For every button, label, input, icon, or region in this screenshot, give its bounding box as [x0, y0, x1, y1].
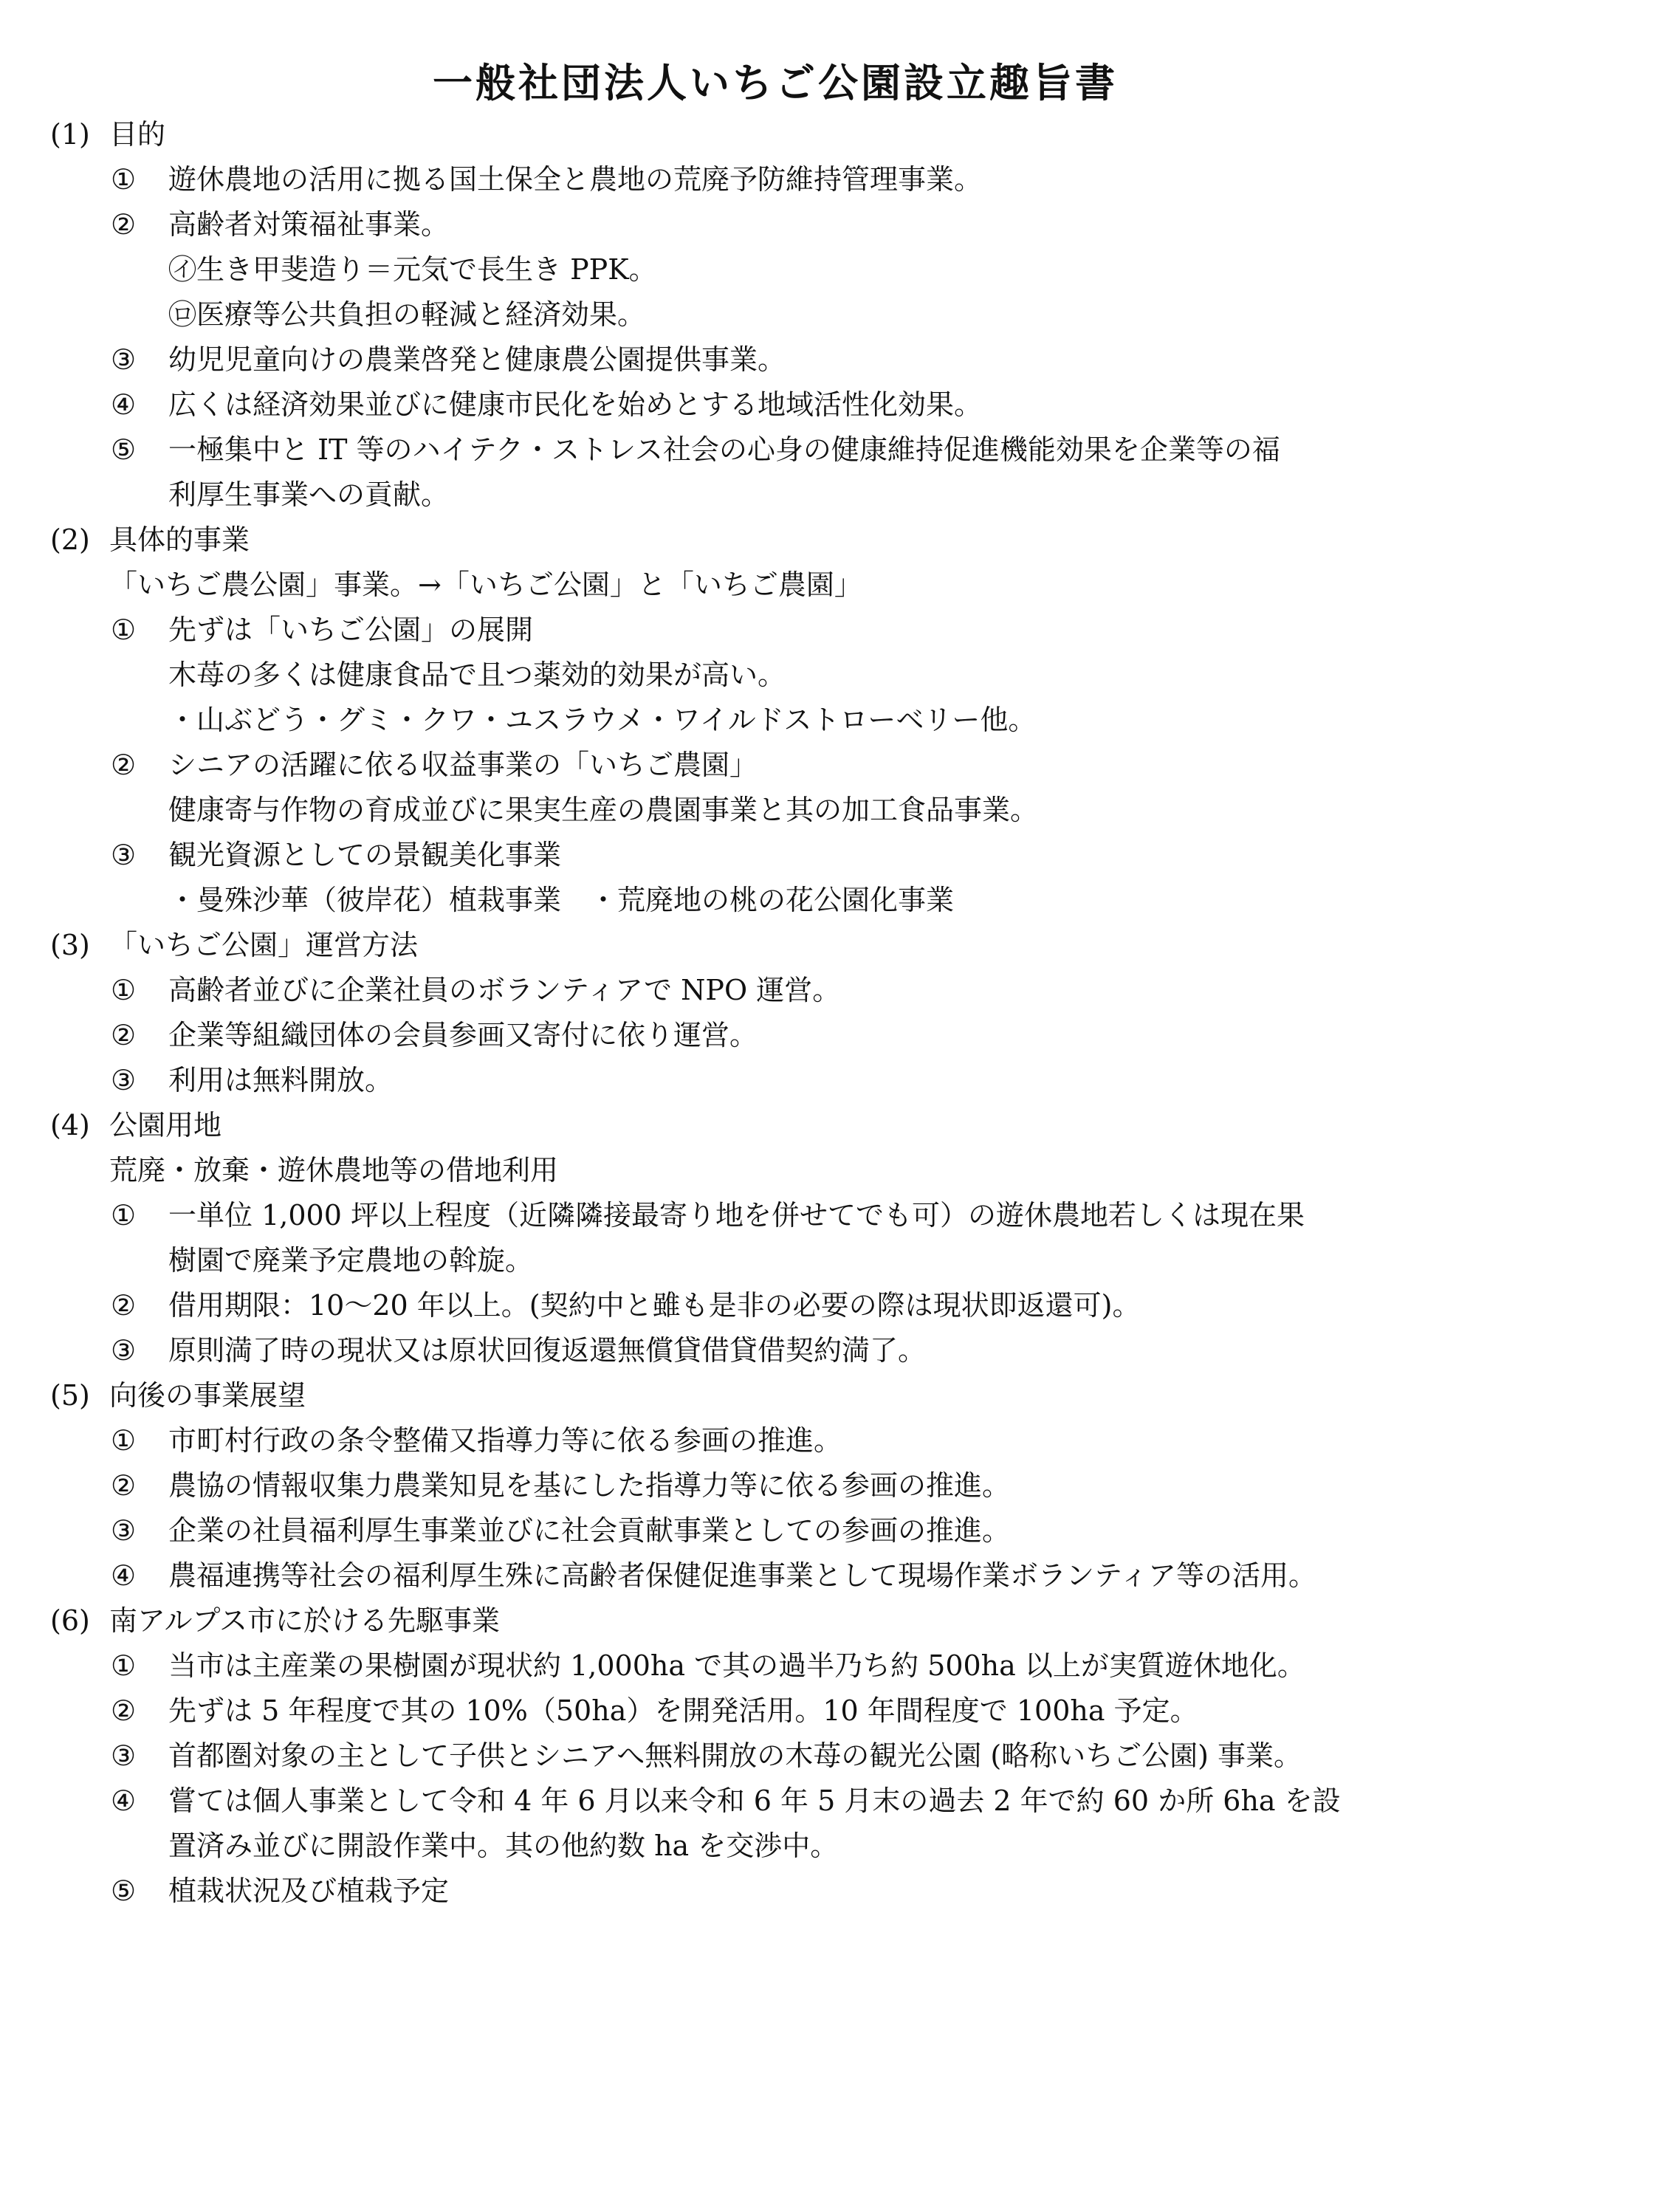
item-number: ③: [111, 1058, 136, 1103]
item-text: 当市は主産業の果樹園が現状約 1,000ha で其の過半乃ち約 500ha 以上…: [168, 1643, 1305, 1689]
item-text: 嘗ては個人事業として令和 4 年 6 月以来令和 6 年 5 月末の過去 2 年…: [168, 1779, 1341, 1824]
section-heading: (1) 目的: [0, 112, 1662, 157]
item-text: 市町村行政の条令整備又指導力等に依る参画の推進。: [168, 1418, 842, 1463]
section-heading: (5) 向後の事業展望: [0, 1373, 1662, 1418]
item-text: 借用期限：10〜20 年以上。(契約中と雖も是非の必要の際は現状即返還可)。: [168, 1283, 1140, 1328]
bullet-line: ・曼殊沙華（彼岸花）植栽事業 ・荒廃地の桃の花公園化事業: [0, 878, 1662, 923]
item-text: 一極集中と IT 等のハイテク・ストレス社会の心身の健康維持促進機能効果を企業等…: [168, 427, 1280, 473]
item-text: 首都圏対象の主として子供とシニアへ無料開放の木苺の観光公園 (略称いちご公園) …: [168, 1734, 1302, 1779]
list-item: ⑤一極集中と IT 等のハイテク・ストレス社会の心身の健康維持促進機能効果を企業…: [0, 427, 1662, 473]
item-number: ①: [111, 968, 136, 1013]
item-number: ①: [111, 1193, 136, 1238]
list-item: ⑤植栽状況及び植栽予定: [0, 1869, 1662, 1914]
item-number: ②: [111, 1689, 136, 1734]
section-number: (6): [50, 1598, 90, 1643]
section-title: 公園用地: [109, 1103, 222, 1148]
item-text: 農協の情報収集力農業知見を基にした指導力等に依る参画の推進。: [168, 1463, 1010, 1508]
item-number: ②: [111, 1013, 136, 1058]
continuation-line: 利厚生事業への貢献。: [0, 473, 1662, 518]
section-number: (4): [50, 1103, 90, 1148]
list-item: ①市町村行政の条令整備又指導力等に依る参画の推進。: [0, 1418, 1662, 1463]
list-item: ①一単位 1,000 坪以上程度（近隣隣接最寄り地を併せてでも可）の遊休農地若し…: [0, 1193, 1662, 1238]
section-intro: 「いちご農公園」事業。→「いちご公園」と「いちご農園」: [0, 563, 1662, 608]
list-item: ③企業の社員福利厚生事業並びに社会貢献事業としての参画の推進。: [0, 1508, 1662, 1553]
list-item: ②シニアの活躍に依る収益事業の「いちご農園」: [0, 743, 1662, 788]
bullet-line: ・山ぶどう・グミ・クワ・ユスラウメ・ワイルドストローベリー他。: [0, 698, 1662, 743]
item-text: 観光資源としての景観美化事業: [168, 833, 561, 878]
item-number: ③: [111, 1508, 136, 1553]
list-item: ②借用期限：10〜20 年以上。(契約中と雖も是非の必要の際は現状即返還可)。: [0, 1283, 1662, 1328]
intro-text: 荒廃・放棄・遊休農地等の借地利用: [109, 1148, 558, 1193]
continuation-line: 木苺の多くは健康食品で且つ薬効的効果が高い。: [0, 653, 1662, 698]
list-item: ③幼児児童向けの農業啓発と健康農公園提供事業。: [0, 337, 1662, 382]
section-number: (2): [50, 518, 90, 563]
list-item: ②企業等組織団体の会員参画又寄付に依り運営。: [0, 1013, 1662, 1058]
item-number: ①: [111, 1643, 136, 1689]
item-number: ②: [111, 202, 136, 247]
item-text: 先ずは「いちご公園」の展開: [168, 608, 533, 653]
section-title: 「いちご公園」運営方法: [109, 923, 418, 968]
item-number: ③: [111, 337, 136, 382]
item-number: ⑤: [111, 427, 136, 473]
continuation-text: 木苺の多くは健康食品で且つ薬効的効果が高い。: [168, 653, 786, 698]
continuation-text: 利厚生事業への貢献。: [168, 473, 449, 518]
item-text: 高齢者並びに企業社員のボランティアで NPO 運営。: [168, 968, 840, 1013]
list-item: ①先ずは「いちご公園」の展開: [0, 608, 1662, 653]
item-text: 利用は無料開放。: [168, 1058, 393, 1103]
list-item: ③原則満了時の現状又は原状回復返還無償貸借貸借契約満了。: [0, 1328, 1662, 1373]
list-item: ③観光資源としての景観美化事業: [0, 833, 1662, 878]
list-item: ①遊休農地の活用に拠る国土保全と農地の荒廃予防維持管理事業。: [0, 157, 1662, 202]
sub-item-text: ㋺医療等公共負担の軽減と経済効果。: [168, 292, 645, 337]
item-number: ②: [111, 1463, 136, 1508]
continuation-text: 樹園で廃業予定農地の斡旋。: [168, 1238, 533, 1283]
list-item: ①当市は主産業の果樹園が現状約 1,000ha で其の過半乃ち約 500ha 以…: [0, 1643, 1662, 1689]
item-number: ③: [111, 1734, 136, 1779]
item-number: ④: [111, 1553, 136, 1598]
section-heading: (4) 公園用地: [0, 1103, 1662, 1148]
document-body: (1) 目的 ①遊休農地の活用に拠る国土保全と農地の荒廃予防維持管理事業。 ②高…: [0, 112, 1662, 1914]
list-item: ④広くは経済効果並びに健康市民化を始めとする地域活性化効果。: [0, 382, 1662, 427]
item-number: ④: [111, 382, 136, 427]
list-item: ②先ずは 5 年程度で其の 10%（50ha）を開発活用。10 年間程度で 10…: [0, 1689, 1662, 1734]
item-number: ①: [111, 157, 136, 202]
item-number: ③: [111, 1328, 136, 1373]
continuation-text: 置済み並びに開設作業中。其の他約数 ha を交渉中。: [168, 1824, 838, 1869]
document-title: 一般社団法人いちご公園設立趣旨書: [0, 52, 1551, 109]
list-item: ②農協の情報収集力農業知見を基にした指導力等に依る参画の推進。: [0, 1463, 1662, 1508]
section-heading: (6) 南アルプス市に於ける先駆事業: [0, 1598, 1662, 1643]
list-item: ④農福連携等社会の福利厚生殊に高齢者保健促進事業として現場作業ボランティア等の活…: [0, 1553, 1662, 1598]
intro-text: 「いちご農公園」事業。→「いちご公園」と「いちご農園」: [109, 563, 862, 608]
section-number: (1): [50, 112, 90, 157]
item-text: 企業等組織団体の会員参画又寄付に依り運営。: [168, 1013, 758, 1058]
item-number: ④: [111, 1779, 136, 1824]
bullet-text: ・曼殊沙華（彼岸花）植栽事業 ・荒廃地の桃の花公園化事業: [168, 878, 954, 923]
item-text: シニアの活躍に依る収益事業の「いちご農園」: [168, 743, 758, 788]
section-title: 目的: [109, 112, 165, 157]
sub-item-text: ㋑生き甲斐造り＝元気で長生き PPK。: [168, 247, 657, 292]
section-heading: (3) 「いちご公園」運営方法: [0, 923, 1662, 968]
section-number: (3): [50, 923, 90, 968]
item-text: 原則満了時の現状又は原状回復返還無償貸借貸借契約満了。: [168, 1328, 926, 1373]
item-text: 植栽状況及び植栽予定: [168, 1869, 449, 1914]
list-item: ①高齢者並びに企業社員のボランティアで NPO 運営。: [0, 968, 1662, 1013]
section-intro: 荒廃・放棄・遊休農地等の借地利用: [0, 1148, 1662, 1193]
continuation-line: 樹園で廃業予定農地の斡旋。: [0, 1238, 1662, 1283]
item-text: 農福連携等社会の福利厚生殊に高齢者保健促進事業として現場作業ボランティア等の活用…: [168, 1553, 1316, 1598]
item-text: 一単位 1,000 坪以上程度（近隣隣接最寄り地を併せてでも可）の遊休農地若しく…: [168, 1193, 1305, 1238]
list-item: ③利用は無料開放。: [0, 1058, 1662, 1103]
item-number: ②: [111, 743, 136, 788]
section-number: (5): [50, 1373, 90, 1418]
item-text: 広くは経済効果並びに健康市民化を始めとする地域活性化効果。: [168, 382, 982, 427]
item-number: ③: [111, 833, 136, 878]
item-text: 幼児児童向けの農業啓発と健康農公園提供事業。: [168, 337, 786, 382]
item-text: 先ずは 5 年程度で其の 10%（50ha）を開発活用。10 年間程度で 100…: [168, 1689, 1198, 1734]
continuation-line: 置済み並びに開設作業中。其の他約数 ha を交渉中。: [0, 1824, 1662, 1869]
item-text: 高齢者対策福祉事業。: [168, 202, 449, 247]
list-item: ②高齢者対策福祉事業。: [0, 202, 1662, 247]
section-title: 南アルプス市に於ける先駆事業: [109, 1598, 500, 1643]
section-heading: (2) 具体的事業: [0, 518, 1662, 563]
item-text: 遊休農地の活用に拠る国土保全と農地の荒廃予防維持管理事業。: [168, 157, 982, 202]
list-item: ④嘗ては個人事業として令和 4 年 6 月以来令和 6 年 5 月末の過去 2 …: [0, 1779, 1662, 1824]
item-number: ⑤: [111, 1869, 136, 1914]
item-text: 企業の社員福利厚生事業並びに社会貢献事業としての参画の推進。: [168, 1508, 1010, 1553]
item-number: ①: [111, 608, 136, 653]
sub-item: ㋺医療等公共負担の軽減と経済効果。: [0, 292, 1662, 337]
sub-item: ㋑生き甲斐造り＝元気で長生き PPK。: [0, 247, 1662, 292]
list-item: ③首都圏対象の主として子供とシニアへ無料開放の木苺の観光公園 (略称いちご公園)…: [0, 1734, 1662, 1779]
section-title: 具体的事業: [109, 518, 250, 563]
item-number: ②: [111, 1283, 136, 1328]
item-number: ①: [111, 1418, 136, 1463]
continuation-line: 健康寄与作物の育成並びに果実生産の農園事業と其の加工食品事業。: [0, 788, 1662, 833]
section-title: 向後の事業展望: [109, 1373, 306, 1418]
bullet-text: ・山ぶどう・グミ・クワ・ユスラウメ・ワイルドストローベリー他。: [168, 698, 1036, 743]
continuation-text: 健康寄与作物の育成並びに果実生産の農園事業と其の加工食品事業。: [168, 788, 1038, 833]
